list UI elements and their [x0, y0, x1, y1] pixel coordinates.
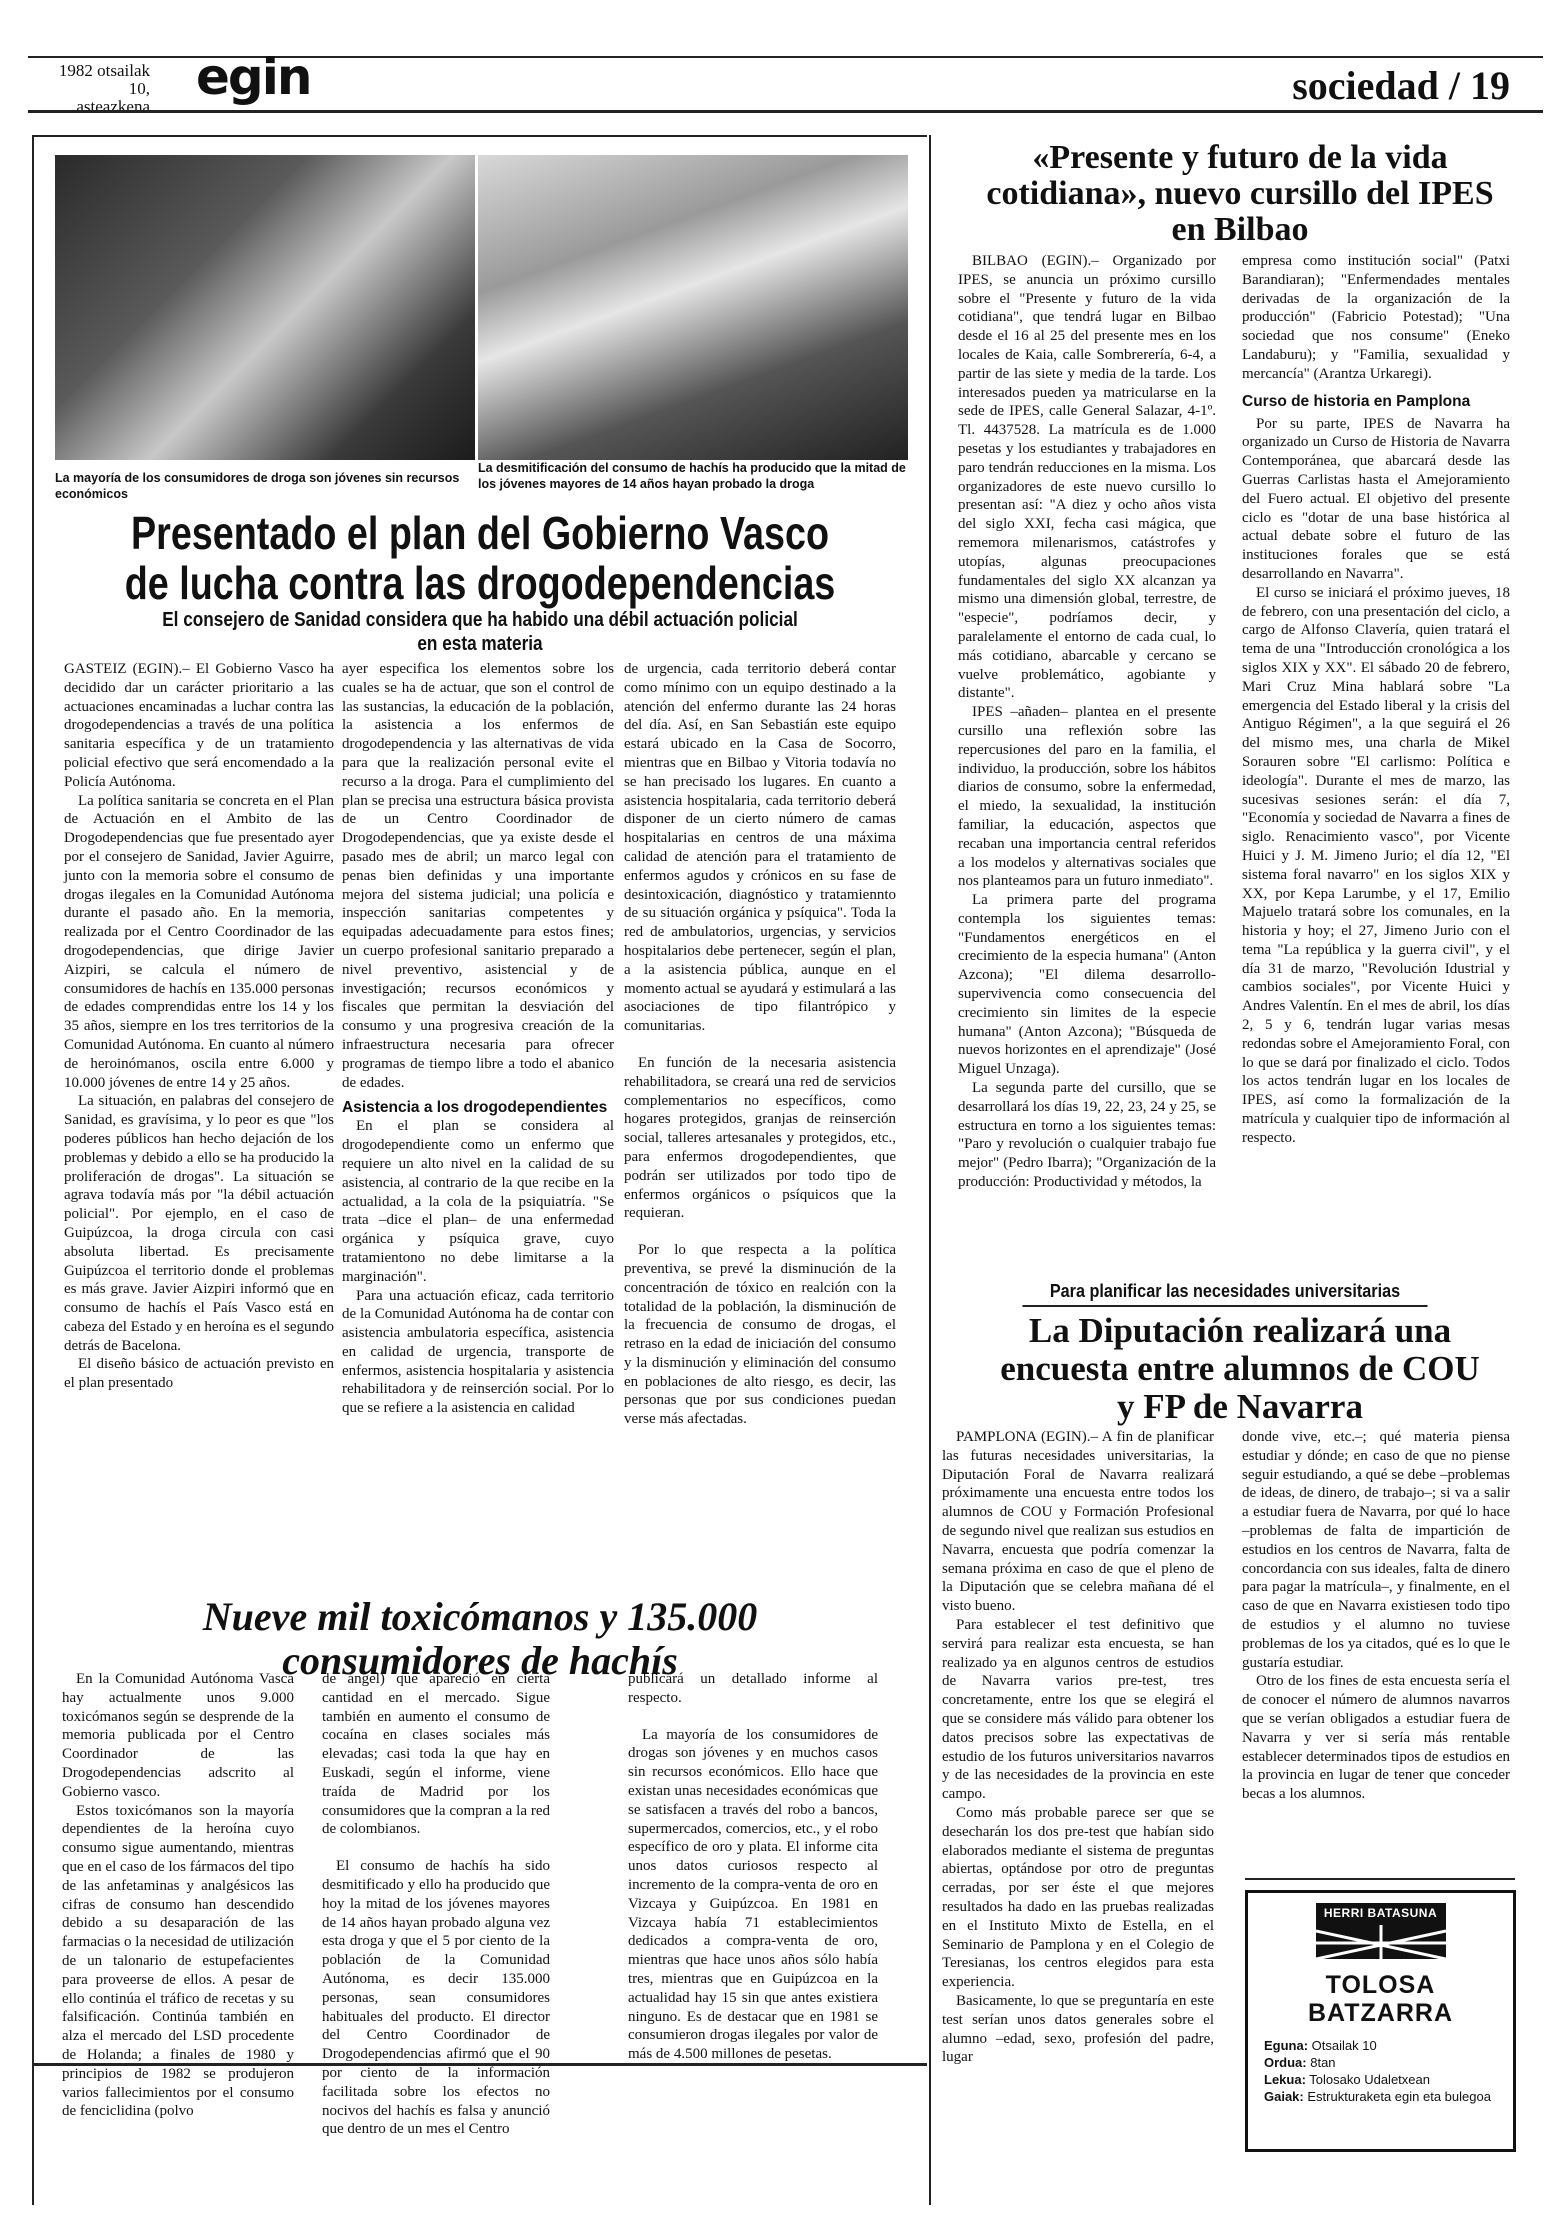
ipes-headline: «Presente y futuro de la vida cotidiana»… — [940, 140, 1540, 248]
paragraph: La primera parte del programa contempla … — [958, 891, 1216, 1079]
paragraph: Por lo que respecta a la política preven… — [624, 1241, 896, 1429]
paragraph: El curso se iniciará el próximo jueves, … — [1242, 584, 1510, 1148]
box-article-col1: En la Comunidad Autónoma Vasca hay actua… — [62, 1670, 294, 2121]
ad-value: Tolosako Udaletxean — [1306, 2072, 1430, 2087]
ad-value: Otsailak 10 — [1308, 2038, 1377, 2053]
box-headline-line1: Nueve mil toxicómanos y 135.000 — [40, 1595, 920, 1639]
ad-value: Estrukturaketa egin eta bulegoa — [1304, 2089, 1491, 2104]
paragraph: empresa como institución social" (Patxi … — [1242, 252, 1510, 384]
main-article-col2: ayer especifica los elementos sobre los … — [342, 660, 614, 1418]
paragraph: En la Comunidad Autónoma Vasca hay actua… — [62, 1670, 294, 1802]
paragraph: El diseño básico de actuación previsto e… — [64, 1355, 334, 1393]
paragraph: PAMPLONA (EGIN).– A fin de planificar la… — [942, 1428, 1214, 1616]
paragraph: de urgencia, cada territorio deberá cont… — [624, 660, 896, 1036]
paragraph: Para establecer el test definitivo que s… — [942, 1616, 1214, 1804]
paragraph: IPES –añaden– plantea en el presente cur… — [958, 703, 1216, 891]
weekday-line: asteazkena — [40, 98, 150, 116]
main-subheadline: El consejero de Sanidad considera que ha… — [162, 608, 798, 656]
issue-date: 1982 otsailak 10, asteazkena — [40, 62, 150, 116]
subsection-heading: Curso de historia en Pamplona — [1242, 392, 1510, 411]
ipes-headline-line2: cotidiana», nuevo cursillo del IPES — [940, 176, 1540, 212]
main-headline-line1: Presentado el plan del Gobierno Vasco — [111, 508, 849, 558]
paragraph: La situación, en palabras del consejero … — [64, 1092, 334, 1355]
ad-row-time: Ordua: 8tan — [1248, 2054, 1513, 2071]
section-page-title: sociedad / 19 — [1180, 64, 1510, 108]
photo-caption-right: La desmitificación del consumo de hachís… — [478, 460, 908, 492]
ad-top-rule — [1245, 1878, 1515, 1880]
paragraph: de ángel) que apareció en cierta cantida… — [322, 1670, 550, 1839]
ipes-headline-line1: «Presente y futuro de la vida — [940, 140, 1540, 176]
photo-caption-left: La mayoría de los consumidores de droga … — [55, 470, 475, 502]
paragraph: Estos toxicómanos son la mayoría dependi… — [62, 1802, 294, 2122]
paragraph: La segunda parte del cursillo, que se de… — [958, 1079, 1216, 1192]
paragraph: donde vive, etc.–; qué materia piensa es… — [1242, 1428, 1510, 1672]
paragraph: GASTEIZ (EGIN).– El Gobierno Vasco ha de… — [64, 660, 334, 792]
paragraph: Otro de los fines de esta encuesta sería… — [1242, 1672, 1510, 1804]
main-headline-line2: de lucha contra las drogodependencias — [111, 558, 849, 608]
ad-label: Eguna: — [1264, 2038, 1308, 2053]
ad-value: 8tan — [1307, 2055, 1336, 2070]
box-article-col2: de ángel) que apareció en cierta cantida… — [322, 1670, 550, 2139]
paragraph: Por su parte, IPES de Navarra ha organiz… — [1242, 415, 1510, 584]
ad-label: Ordua: — [1264, 2055, 1307, 2070]
main-article-col1: GASTEIZ (EGIN).– El Gobierno Vasco ha de… — [64, 660, 334, 1393]
box-article-col3: publicará un detallado informe al respec… — [628, 1670, 878, 2064]
ad-row-place: Lekua: Tolosako Udaletxean — [1248, 2071, 1513, 2088]
paragraph: BILBAO (EGIN).– Organizado por IPES, se … — [958, 252, 1216, 703]
navarra-headline-line2: encuesta entre alumnos de COU — [940, 1350, 1540, 1388]
main-article-col3: de urgencia, cada territorio deberá cont… — [624, 660, 896, 1429]
ad-label: Lekua: — [1264, 2072, 1306, 2087]
main-headline: Presentado el plan del Gobierno Vasco de… — [111, 508, 849, 608]
paragraph: La política sanitaria se concreta en el … — [64, 792, 334, 1093]
herri-batasuna-logo: HERRI BATASUNA — [1316, 1903, 1446, 1959]
navarra-article-col1: PAMPLONA (EGIN).– A fin de planificar la… — [942, 1428, 1214, 2067]
banner-text: HERRI BATASUNA — [1316, 1906, 1446, 1920]
paragraph: Basicamente, lo que se preguntaría en es… — [942, 1992, 1214, 2067]
ad-row-date: Eguna: Otsailak 10 — [1248, 2037, 1513, 2054]
paragraph: ayer especifica los elementos sobre los … — [342, 660, 614, 1092]
herri-batasuna-ad: HERRI BATASUNA TOLOSA BATZARRA Eguna: Ot… — [1245, 1890, 1516, 2152]
subsection-heading: Asistencia a los drogodependientes — [342, 1098, 614, 1117]
navarra-headline-line1: La Diputación realizará una — [940, 1312, 1540, 1350]
photo-hashish-smoker — [478, 155, 908, 460]
ad-row-topics: Gaiak: Estrukturaketa egin eta bulegoa — [1248, 2088, 1513, 2105]
ad-title-line2: BATZARRA — [1248, 1999, 1513, 2027]
navarra-kicker: Para planificar las necesidades universi… — [1023, 1280, 1428, 1307]
ad-title: TOLOSA BATZARRA — [1248, 1971, 1513, 2027]
navarra-headline-line3: y FP de Navarra — [940, 1388, 1540, 1426]
ipes-article-col2: empresa como institución social" (Patxi … — [1242, 252, 1510, 1148]
ad-title-line1: TOLOSA — [1248, 1971, 1513, 1999]
masthead-rule — [28, 110, 1543, 113]
ad-label: Gaiak: — [1264, 2089, 1304, 2104]
paragraph: La mayoría de los consumidores de drogas… — [628, 1726, 878, 2064]
paragraph: Como más probable parece ser que se dese… — [942, 1804, 1214, 1992]
paragraph: El consumo de hachís ha sido desmitifica… — [322, 1857, 550, 2139]
paragraph: publicará un detallado informe al respec… — [628, 1670, 878, 1708]
navarra-headline: La Diputación realizará una encuesta ent… — [940, 1312, 1540, 1426]
paragraph: En función de la necesaria asistencia re… — [624, 1054, 896, 1223]
date-line: 1982 otsailak 10, — [40, 62, 150, 98]
paragraph: Para una actuación eficaz, cada territor… — [342, 1287, 614, 1419]
ipes-headline-line3: en Bilbao — [940, 212, 1540, 248]
photo-drug-user — [55, 155, 475, 460]
navarra-article-col2: donde vive, etc.–; qué materia piensa es… — [1242, 1428, 1510, 1804]
paragraph: En el plan se considera al drogodependie… — [342, 1117, 614, 1286]
feature-frame-bottom — [32, 2063, 927, 2066]
feature-frame-top — [32, 135, 927, 137]
ipes-article-col1: BILBAO (EGIN).– Organizado por IPES, se … — [958, 252, 1216, 1192]
newspaper-logo: egin — [196, 52, 310, 102]
